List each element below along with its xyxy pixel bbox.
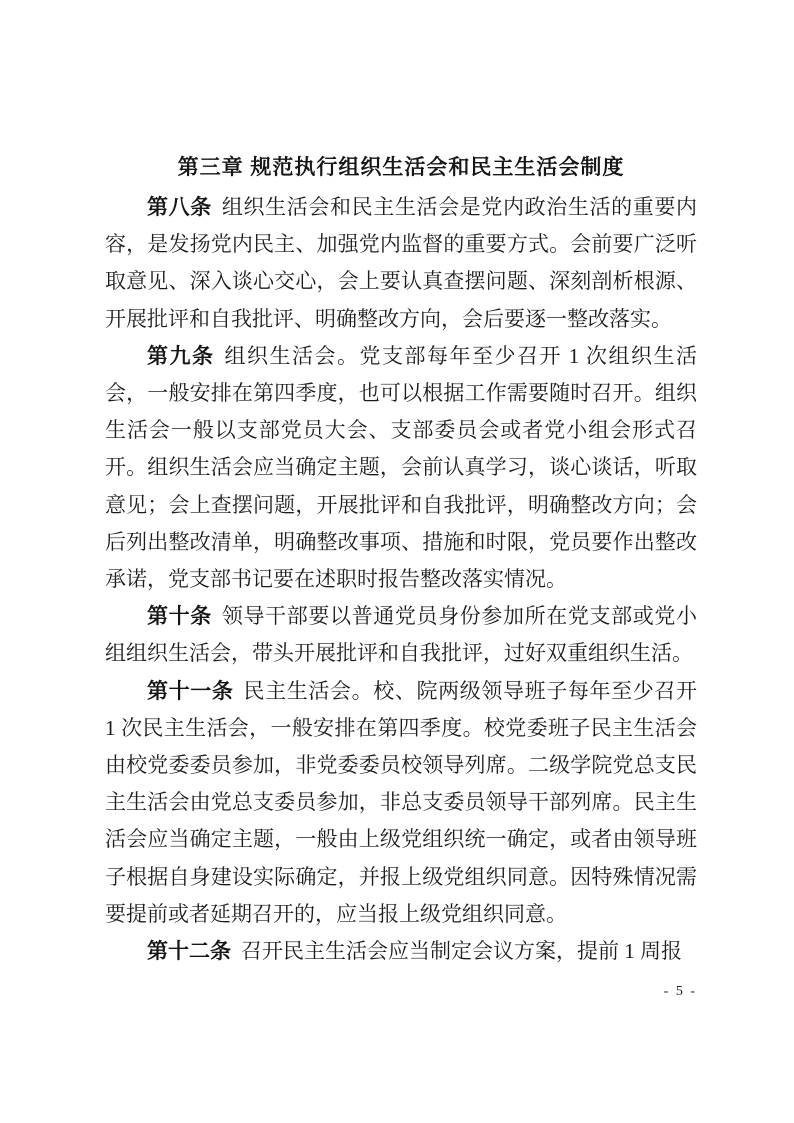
article-label: 第九条 xyxy=(147,345,215,368)
article-paragraph: 第十二条召开民主生活会应当制定会议方案，提前 1 周报 xyxy=(105,933,697,970)
article-text: 民主生活会。校、院两级领导班子每年至少召开 1 次民主生活会，一般安排在第四季度… xyxy=(105,679,697,926)
article-paragraph: 第十一条民主生活会。校、院两级领导班子每年至少召开 1 次民主生活会，一般安排在… xyxy=(105,673,697,933)
article-label: 第八条 xyxy=(147,196,212,219)
article-text: 召开民主生活会应当制定会议方案，提前 1 周报 xyxy=(241,939,682,963)
document-content: 第三章 规范执行组织生活会和民主生活会制度 第八条组织生活会和民主生活会是党内政… xyxy=(105,149,697,970)
document-page: 第三章 规范执行组织生活会和民主生活会制度 第八条组织生活会和民主生活会是党内政… xyxy=(0,0,794,1123)
article-paragraph: 第九条组织生活会。党支部每年至少召开 1 次组织生活会，一般安排在第四季度，也可… xyxy=(105,338,697,598)
article-label: 第十二条 xyxy=(147,940,231,963)
article-paragraph: 第八条组织生活会和民主生活会是党内政治生活的重要内容，是发扬党内民主、加强党内监… xyxy=(105,189,697,338)
article-text: 组织生活会。党支部每年至少召开 1 次组织生活会，一般安排在第四季度，也可以根据… xyxy=(105,344,697,591)
chapter-heading: 第三章 规范执行组织生活会和民主生活会制度 xyxy=(105,149,697,186)
article-paragraph: 第十条领导干部要以普通党员身份参加所在党支部或党小组组织生活会，带头开展批评和自… xyxy=(105,598,697,672)
page-number: - 5 - xyxy=(105,984,697,1000)
article-label: 第十一条 xyxy=(147,680,234,703)
article-label: 第十条 xyxy=(147,605,212,628)
